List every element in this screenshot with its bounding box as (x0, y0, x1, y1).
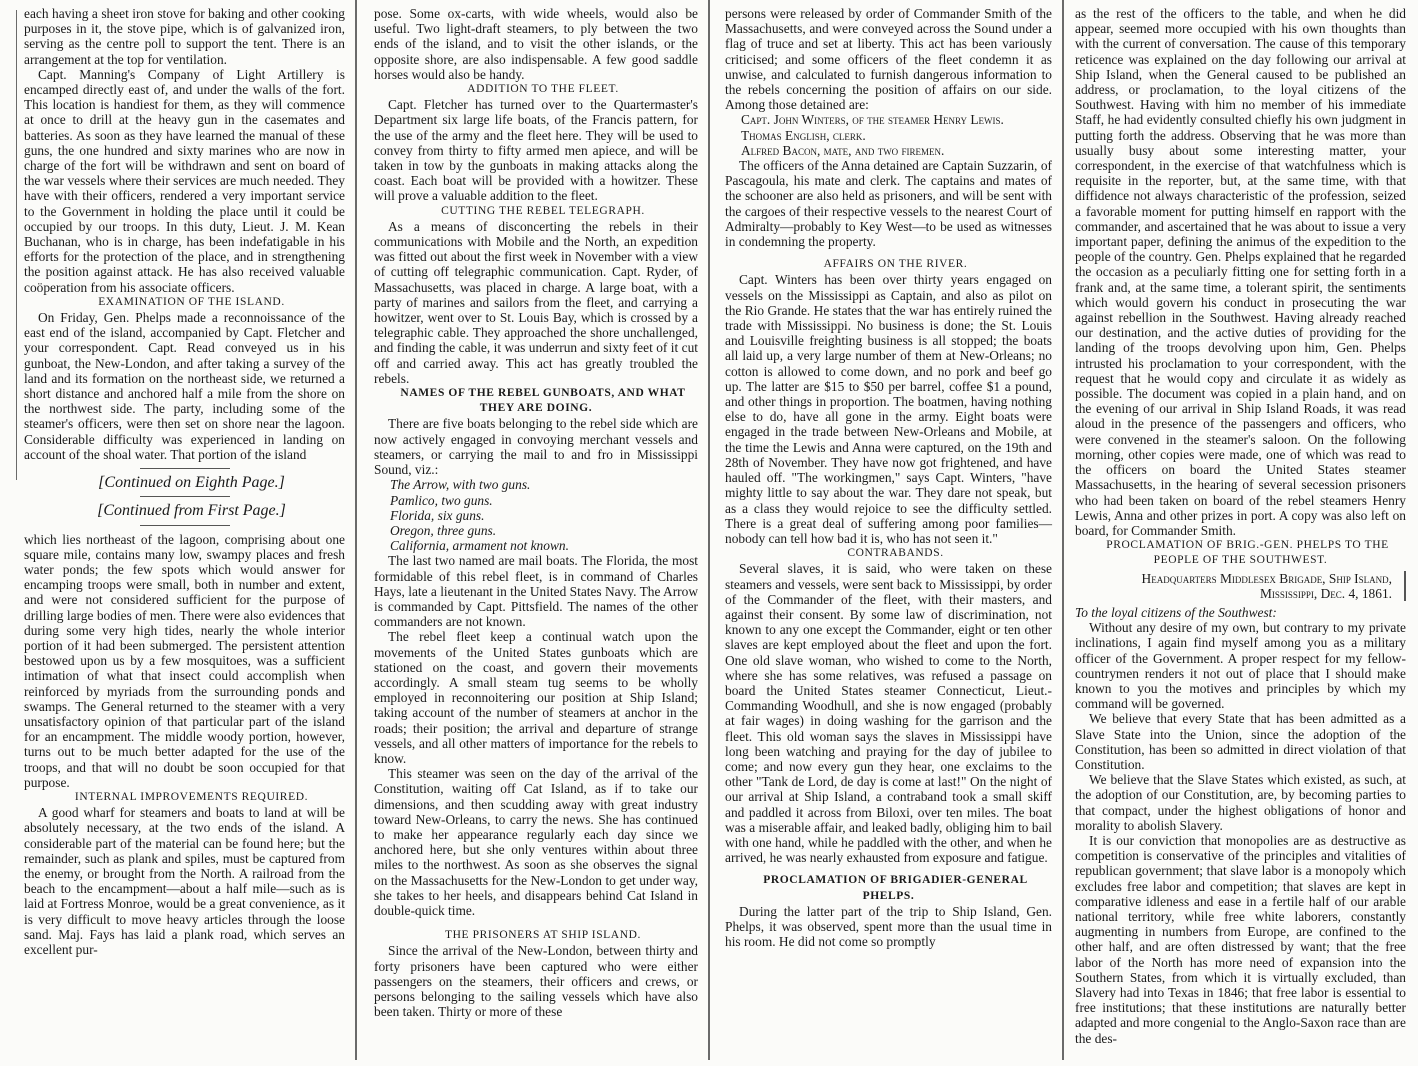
section-heading: INTERNAL IMPROVEMENTS REQUIRED. (24, 790, 345, 805)
paragraph: The officers of the Anna detained are Ca… (725, 158, 1052, 249)
divider (140, 468, 230, 469)
salutation: To the loyal citizens of the Southwest: (1075, 605, 1406, 620)
paragraph: Capt. Fletcher has turned over to the Qu… (374, 97, 698, 203)
paragraph: Without any desire of my own, but contra… (1075, 620, 1406, 711)
section-heading: NAMES OF THE REBEL GUNBOATS, AND WHAT TH… (374, 386, 698, 416)
paragraph: A good wharf for steamers and boats to l… (24, 805, 345, 957)
section-heading: PROCLAMATION OF BRIG.-GEN. PHELPS TO THE… (1075, 538, 1406, 568)
column-4: as the rest of the officers to the table… (1063, 0, 1418, 1080)
paragraph: This steamer was seen on the day of the … (374, 766, 698, 918)
paragraph: The rebel fleet keep a continual watch u… (374, 629, 698, 766)
list-item: Florida, six guns. (374, 508, 698, 523)
section-heading: EXAMINATION OF THE ISLAND. (24, 295, 345, 310)
paragraph: persons were released by order of Comman… (725, 6, 1052, 112)
divider (140, 496, 230, 497)
section-heading: CONTRABANDS. (725, 546, 1052, 561)
paragraph: Capt. Manning's Company of Light Artille… (24, 67, 345, 295)
column-1: each having a sheet iron stove for bakin… (0, 0, 355, 1080)
paragraph: It is our conviction that monopolies are… (1075, 833, 1406, 1046)
list-item: Oregon, three guns. (374, 523, 698, 538)
detained-list: Capt. John Winters, of the steamer Henry… (725, 112, 1052, 158)
paragraph: There are five boats belonging to the re… (374, 416, 698, 477)
column-3: persons were released by order of Comman… (709, 0, 1062, 1080)
section-heading: THE PRISONERS AT SHIP ISLAND. (374, 928, 698, 943)
divider (140, 525, 230, 526)
newspaper-page: each having a sheet iron stove for bakin… (0, 0, 1418, 1080)
section-heading: AFFAIRS ON THE RIVER. (725, 257, 1052, 272)
paragraph: Several slaves, it is said, who were tak… (725, 561, 1052, 865)
column-2: pose. Some ox-carts, with wide wheels, w… (356, 0, 708, 1080)
paragraph: During the latter part of the trip to Sh… (725, 904, 1052, 950)
paragraph: We believe that the Slave States which e… (1075, 772, 1406, 833)
dateline-line: Mississippi, Dec. 4, 1861. (1075, 586, 1392, 601)
paragraph: Since the arrival of the New-London, bet… (374, 943, 698, 1019)
paragraph: which lies northeast of the lagoon, comp… (24, 532, 345, 790)
paragraph: On Friday, Gen. Phelps made a reconnoiss… (24, 310, 345, 462)
section-heading: PROCLAMATION OF BRIGADIER-GENERAL PHELPS… (725, 873, 1052, 903)
paragraph: each having a sheet iron stove for bakin… (24, 6, 345, 67)
continued-notice: [Continued on Eighth Page.] (24, 475, 345, 490)
dateline-line: Headquarters Middlesex Brigade, Ship Isl… (1075, 571, 1392, 586)
list-item: Thomas English, clerk. (725, 128, 1052, 143)
list-item: The Arrow, with two guns. (374, 477, 698, 492)
paragraph: Capt. Winters has been over thirty years… (725, 272, 1052, 546)
list-item: Alfred Bacon, mate, and two firemen. (725, 143, 1052, 158)
paragraph: pose. Some ox-carts, with wide wheels, w… (374, 6, 698, 82)
paragraph: as the rest of the officers to the table… (1075, 6, 1406, 538)
list-item: Capt. John Winters, of the steamer Henry… (725, 112, 1052, 127)
paragraph: As a means of disconcerting the rebels i… (374, 219, 698, 386)
section-heading: CUTTING THE REBEL TELEGRAPH. (374, 204, 698, 219)
gunboat-list: The Arrow, with two guns. Pamlico, two g… (374, 477, 698, 553)
list-item: California, armament not known. (374, 538, 698, 553)
section-heading: ADDITION TO THE FLEET. (374, 82, 698, 97)
page-bottom-margin (0, 1066, 1418, 1080)
list-item: Pamlico, two guns. (374, 493, 698, 508)
dateline: Headquarters Middlesex Brigade, Ship Isl… (1075, 571, 1406, 601)
continued-notice: [Continued from First Page.] (24, 503, 345, 518)
paragraph: We believe that every State that has bee… (1075, 711, 1406, 772)
paragraph: The last two named are mail boats. The F… (374, 553, 698, 629)
